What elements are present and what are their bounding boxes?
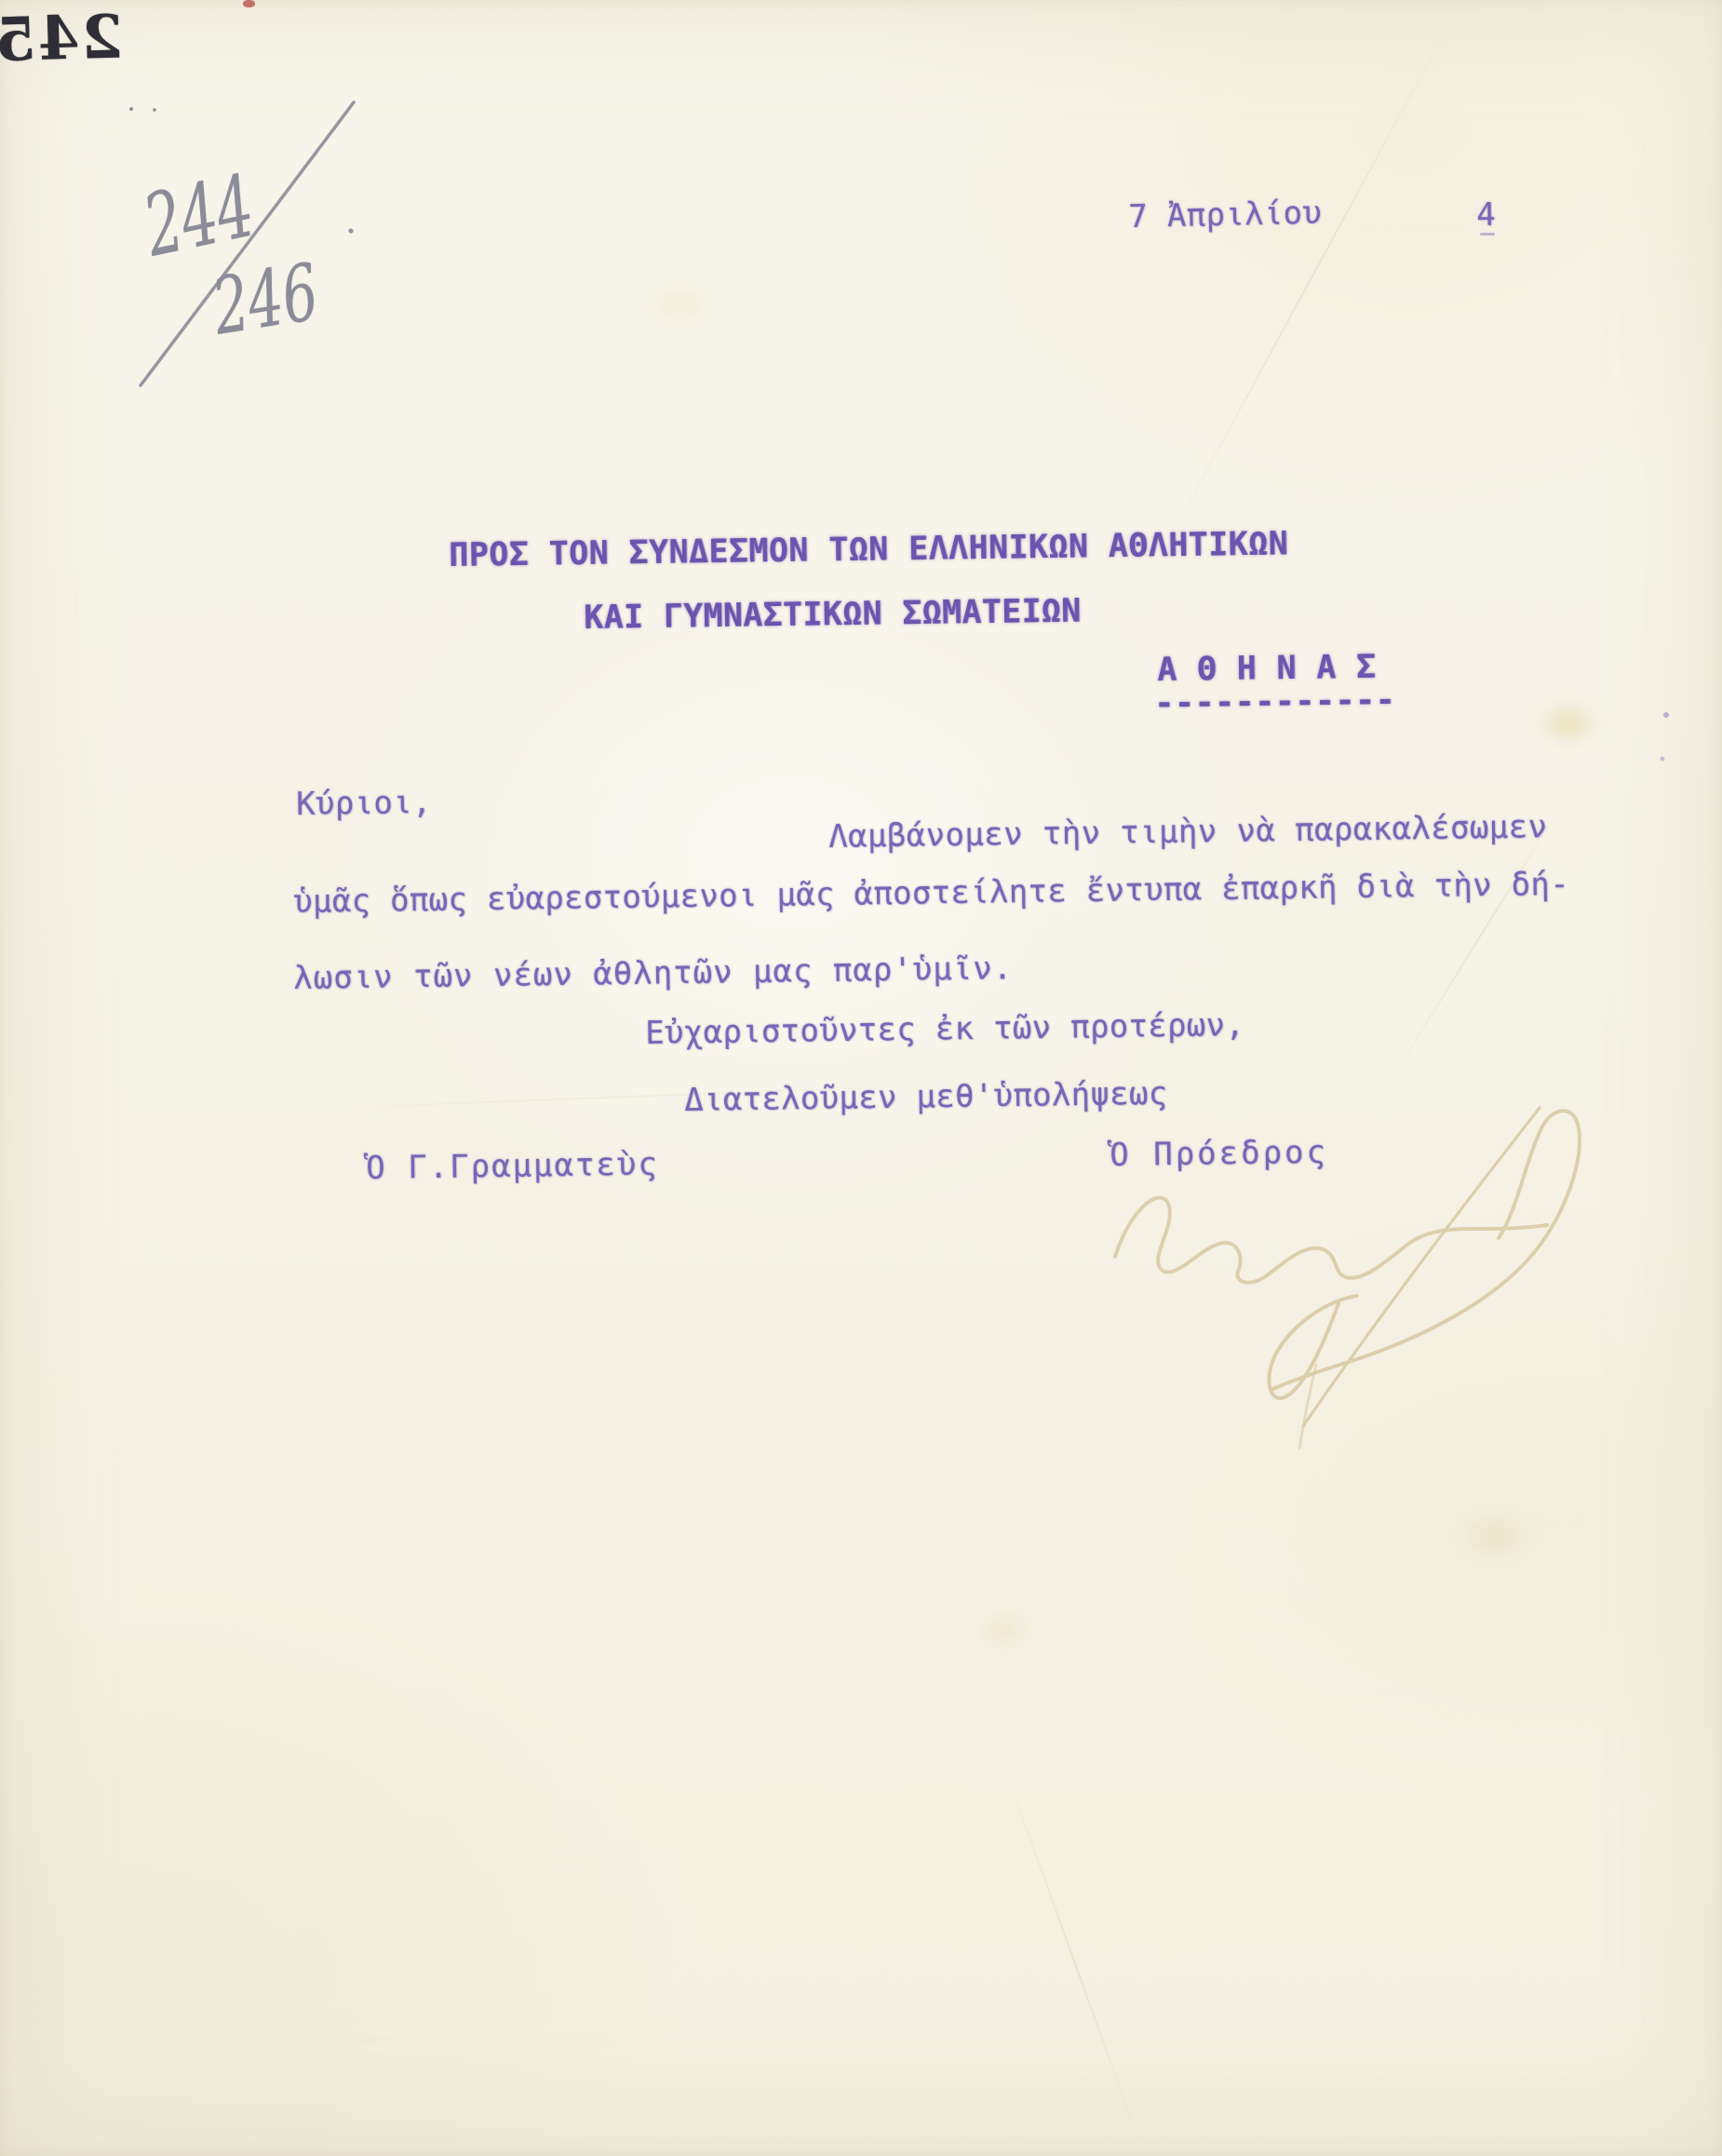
body-line-2: ὑμᾶς ὅπως εὐαρεστούμενοι μᾶς ἀποστείλητε… [293,867,1569,921]
body-line-5: Διατελοῦμεν μεθ'ὑπολήψεως [684,1076,1168,1119]
pencil-dot [153,108,156,112]
date-year-digit: 4 [1476,197,1496,234]
body-line-1: Λαμβάνομεν τὴν τιμὴν νὰ παρακαλέσωμεν [828,809,1548,856]
crease-line [1004,1770,1146,2156]
stain [1452,1508,1536,1564]
recipient-line-1: ΠΡΟΣ ΤΟΝ ΣΥΝΔΕΣΜΟΝ ΤΩΝ ΕΛΛΗΝΙΚΩΝ ΑΘΛΗΤΙΚ… [449,525,1288,574]
red-speck [243,0,255,7]
body-line-4: Εὐχαριστοῦντες ἐκ τῶν προτέρων, [645,1007,1244,1052]
recipient-city-underline: ------------ [1154,681,1395,722]
archive-number-stamp-mirrored: 245 [12,7,124,70]
date-text: 7 Ἀπριλίου [1128,195,1322,236]
ink-speck [1661,757,1665,761]
salutation: Κύριοι, [296,785,432,823]
pencil-number-bottom: 246 [207,246,324,352]
secretary-title: Ὁ Γ.Γραμματεὺς [366,1147,659,1187]
stain [1536,700,1601,747]
pencil-dot [348,228,353,233]
stain [642,279,717,330]
ink-speck [1663,712,1669,718]
recipient-line-2: ΚΑΙ ΓΥΜΝΑΣΤΙΚΩΝ ΣΩΜΑΤΕΙΩΝ [584,593,1082,638]
stain [977,1610,1033,1650]
letter-page: 245 244 246 7 Ἀπριλίου 4 ΠΡΟΣ ΤΟΝ ΣΥΝΔΕΣ… [0,0,1722,2156]
president-title: Ὁ Πρόεδρος [1110,1135,1328,1174]
pencil-dot [129,107,133,111]
crease-line [1158,10,1458,560]
body-line-3: λωσιν τῶν νέων ἀθλητῶν μας παρ'ὑμῖν. [293,950,1013,997]
